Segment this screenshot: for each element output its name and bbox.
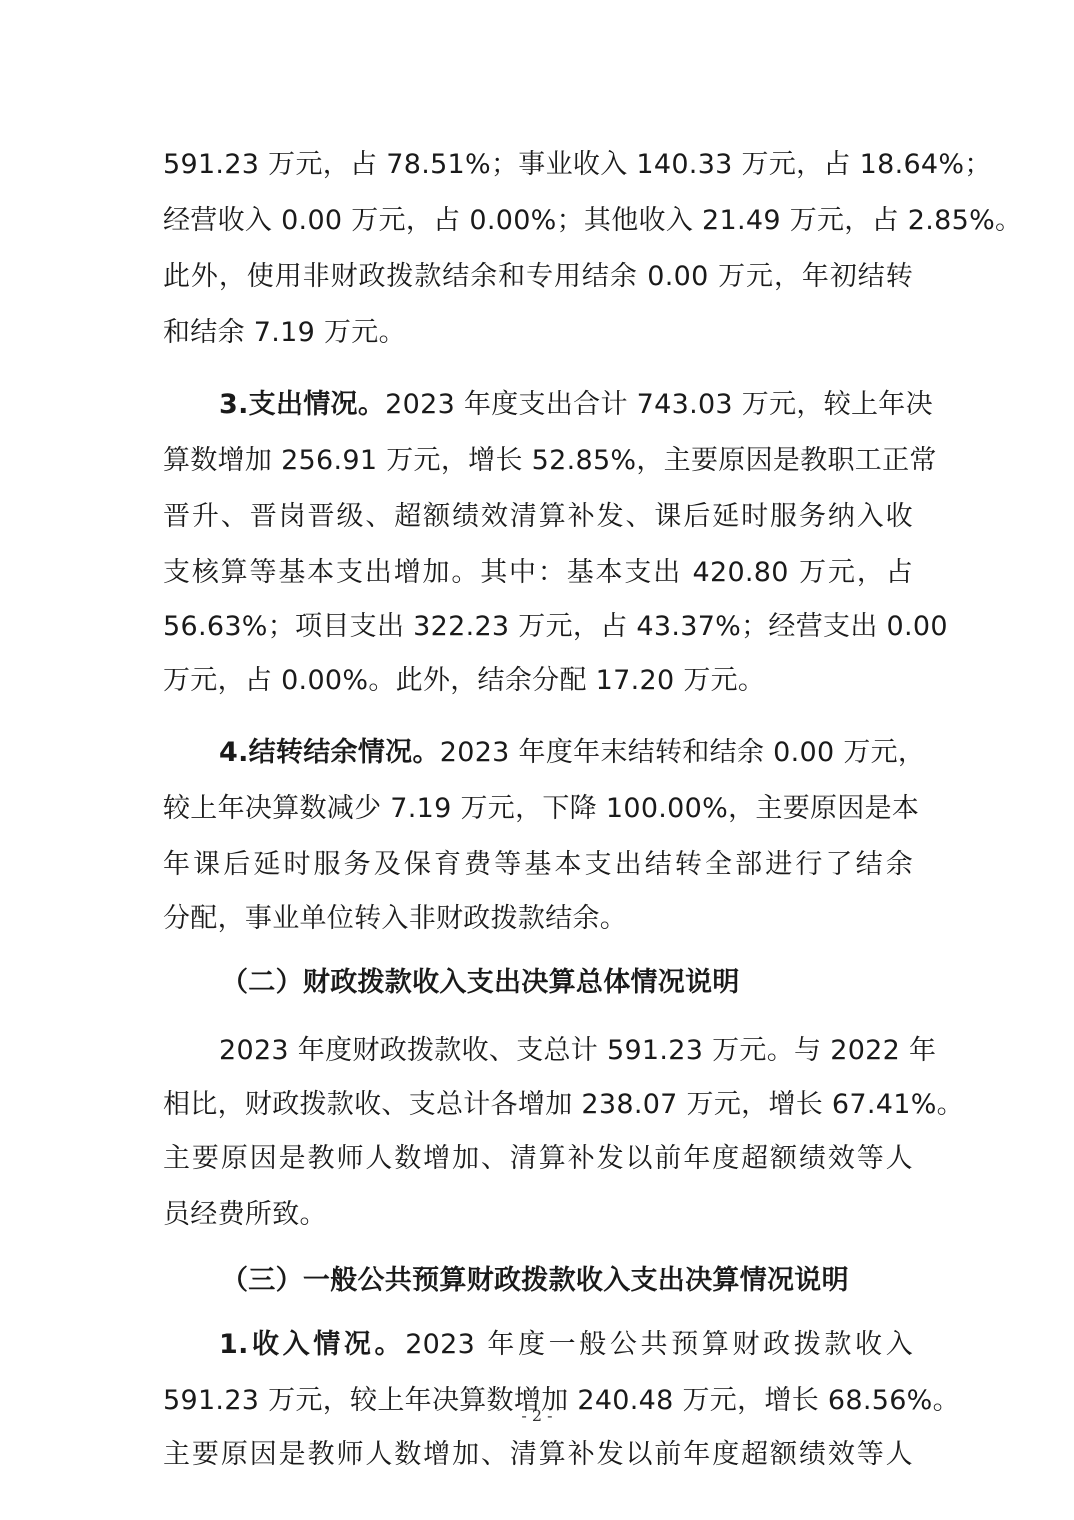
paragraph-line: 591.23 万元，占 78.51%；事业收入 140.33 万元，占 18.6… xyxy=(163,138,913,192)
paragraph-line: 56.63%；项目支出 322.23 万元，占 43.37%；经营支出 0.00 xyxy=(163,600,913,654)
section-3-first-line: 3.支出情况。2023 年度支出合计 743.03 万元，较上年决 xyxy=(163,378,913,432)
paragraph-line: 此外，使用非财政拨款结余和专用结余 0.00 万元，年初结转 xyxy=(163,250,913,304)
section-heading-3: （三）一般公共预算财政拨款收入支出决算情况说明 xyxy=(163,1254,913,1308)
section-1-text: 2023 年度一般公共预算财政拨款收入 xyxy=(405,1329,913,1360)
section-4-lead: 4.结转结余情况。 xyxy=(219,737,440,768)
paragraph-line: 主要原因是教师人数增加、清算补发以前年度超额绩效等人 xyxy=(163,1428,913,1482)
page-number: - 2 - xyxy=(0,1406,1074,1425)
section-3-lead: 3.支出情况。 xyxy=(219,389,385,420)
section-1-lead: 1.收入情况。 xyxy=(219,1329,405,1360)
section-3-text: 2023 年度支出合计 743.03 万元，较上年决 xyxy=(385,389,933,420)
section-1-first-line: 1.收入情况。2023 年度一般公共预算财政拨款收入 xyxy=(163,1318,913,1372)
section-4-text: 2023 年度年末结转和结余 0.00 万元， xyxy=(440,737,925,768)
paragraph-line: 万元，占 0.00%。此外，结余分配 17.20 万元。 xyxy=(163,654,913,708)
paragraph-line: 相比，财政拨款收、支总计各增加 238.07 万元，增长 67.41%。 xyxy=(163,1078,913,1132)
paragraph-line: 年课后延时服务及保育费等基本支出结转全部进行了结余 xyxy=(163,838,913,892)
paragraph-line: 员经费所致。 xyxy=(163,1188,913,1242)
paragraph-line: 算数增加 256.91 万元，增长 52.85%，主要原因是教职工正常 xyxy=(163,434,913,488)
section-4-first-line: 4.结转结余情况。2023 年度年末结转和结余 0.00 万元， xyxy=(163,726,913,780)
section-heading-2: （二）财政拨款收入支出决算总体情况说明 xyxy=(163,956,913,1010)
paragraph-line: 分配，事业单位转入非财政拨款结余。 xyxy=(163,892,913,946)
paragraph-line: 晋升、晋岗晋级、超额绩效清算补发、课后延时服务纳入收 xyxy=(163,490,913,544)
paragraph-line: 主要原因是教师人数增加、清算补发以前年度超额绩效等人 xyxy=(163,1132,913,1186)
paragraph-line: 和结余 7.19 万元。 xyxy=(163,306,913,360)
paragraph-line: 支核算等基本支出增加。其中：基本支出 420.80 万元，占 xyxy=(163,546,913,600)
paragraph-line: 2023 年度财政拨款收、支总计 591.23 万元。与 2022 年 xyxy=(163,1024,913,1078)
paragraph-line: 经营收入 0.00 万元，占 0.00%；其他收入 21.49 万元，占 2.8… xyxy=(163,194,913,248)
paragraph-line: 较上年决算数减少 7.19 万元，下降 100.00%，主要原因是本 xyxy=(163,782,913,836)
